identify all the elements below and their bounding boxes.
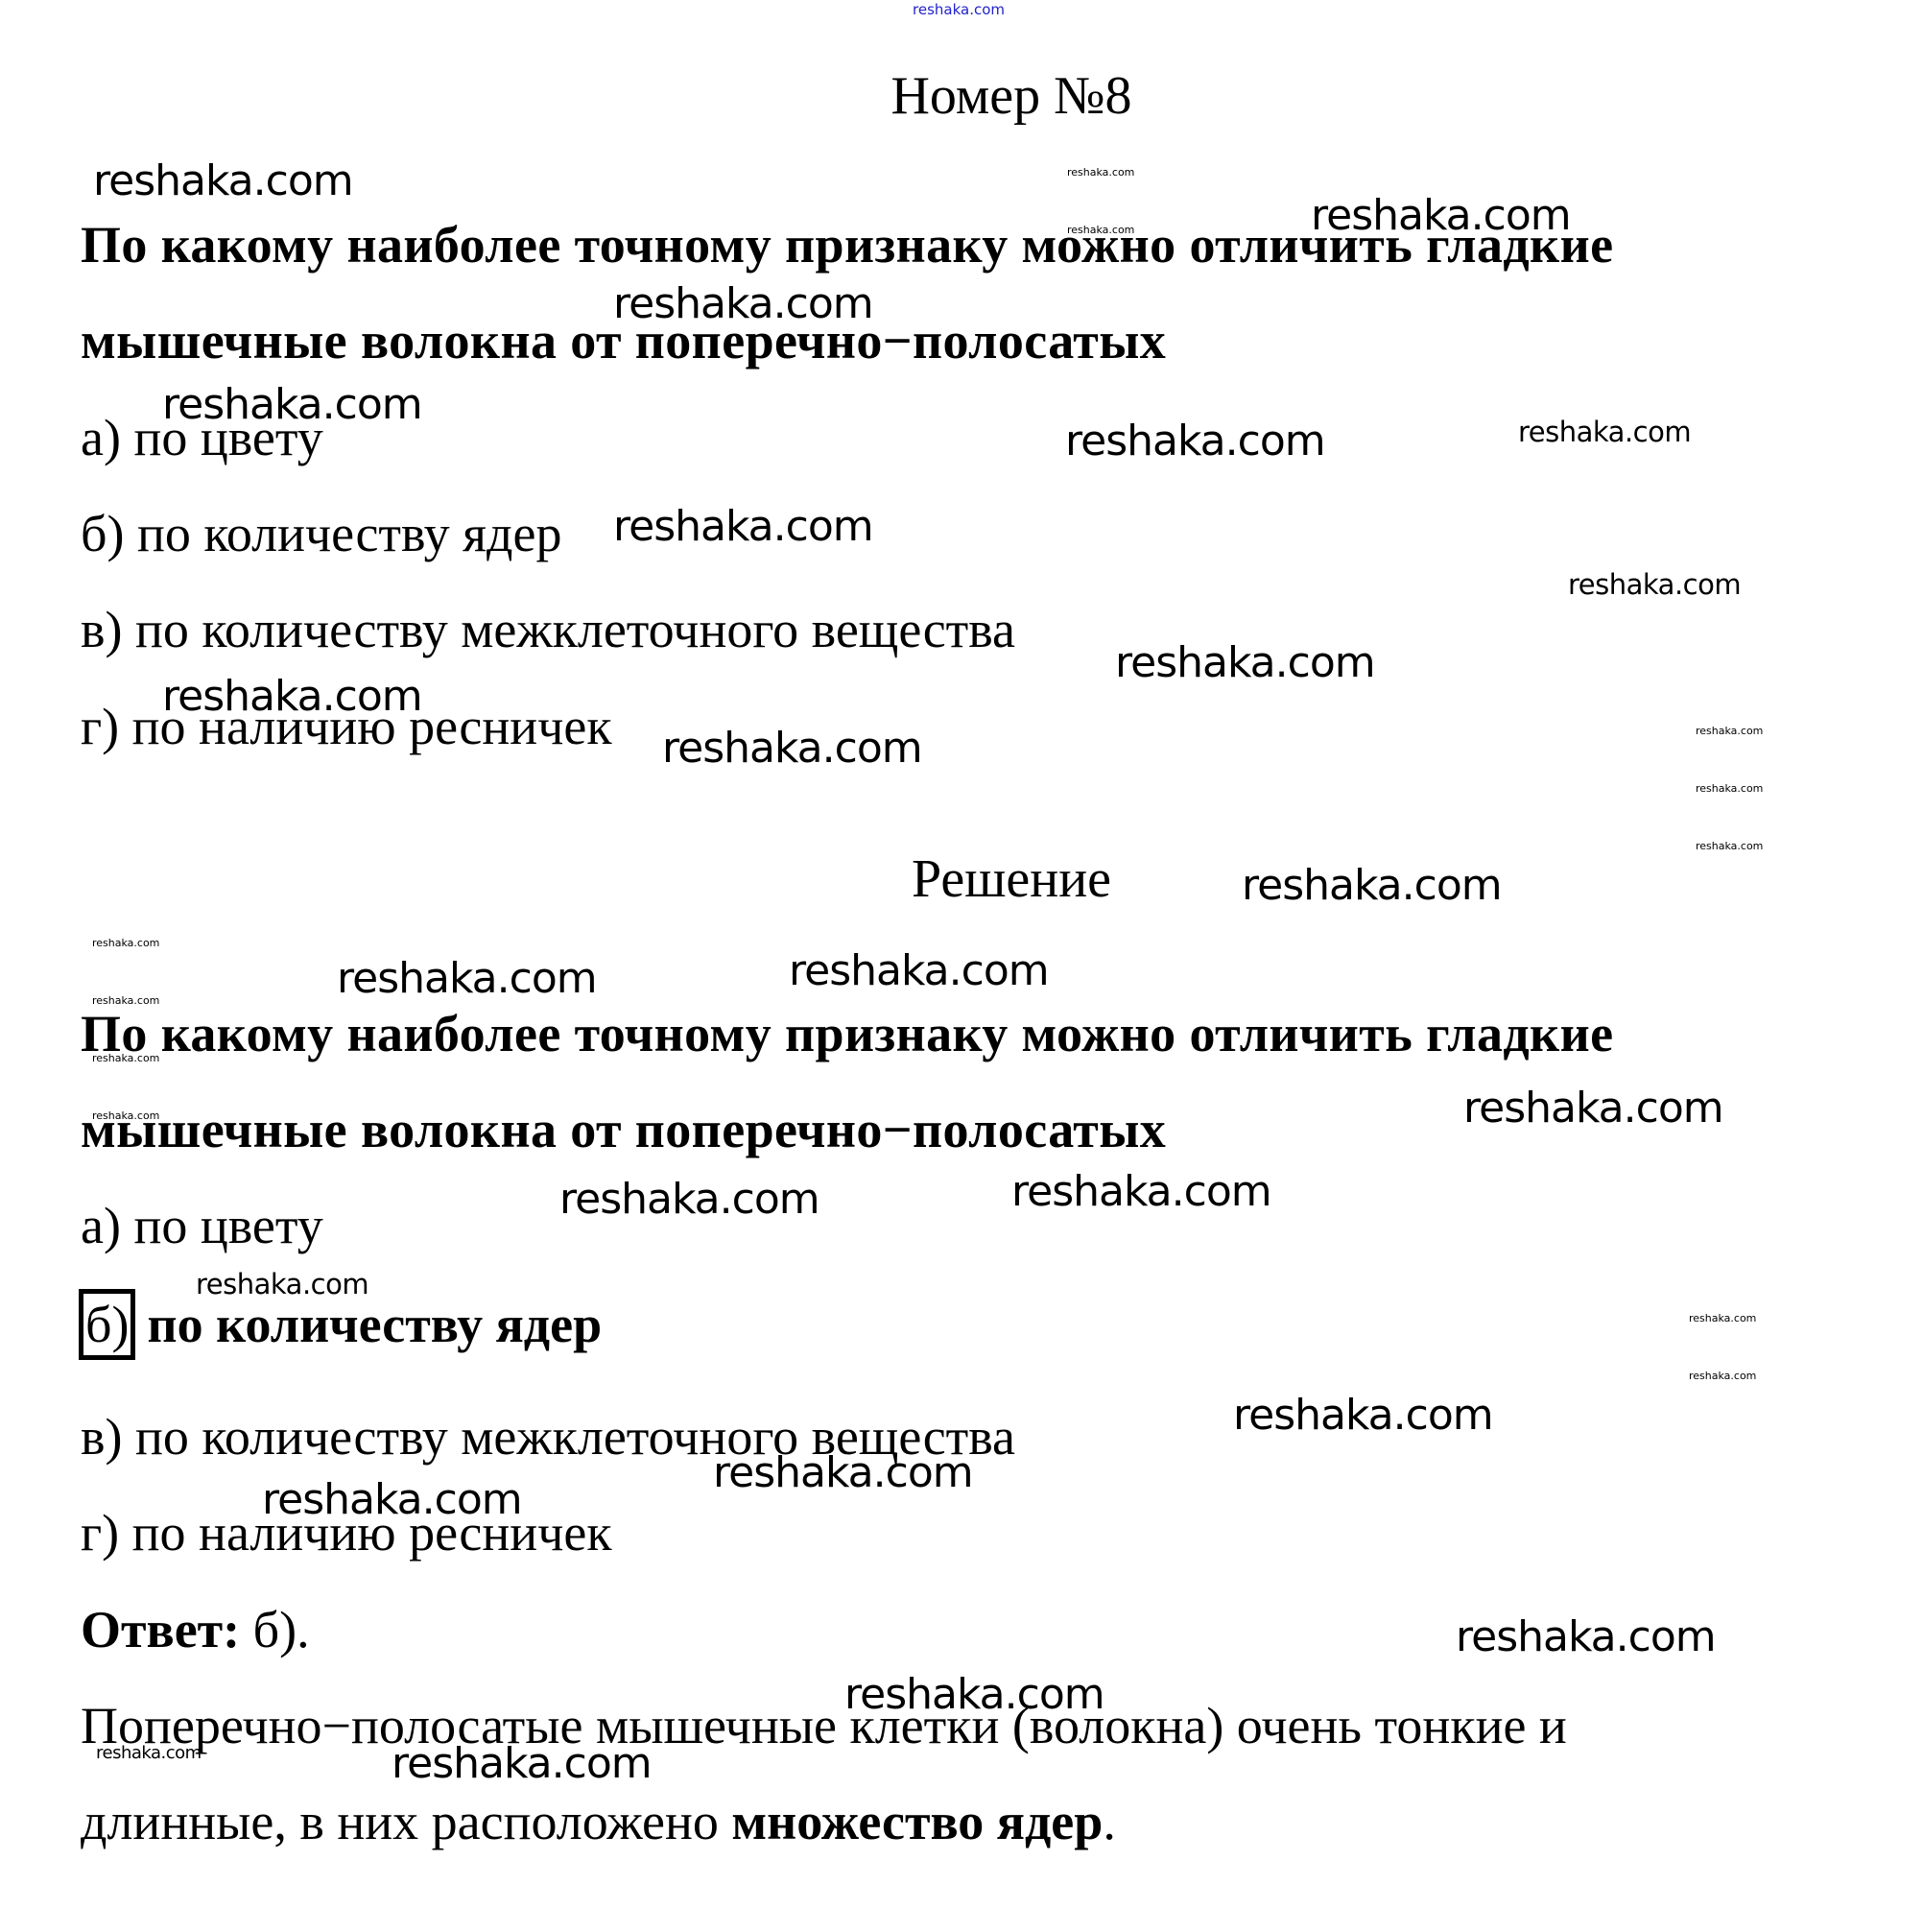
watermark: reshaka.com xyxy=(1689,1370,1756,1382)
watermark: reshaka.com xyxy=(662,724,922,773)
watermark: reshaka.com xyxy=(1696,725,1763,737)
watermark: reshaka.com xyxy=(262,1475,522,1524)
solution-question-line1: По какому наиболее точному признаку можн… xyxy=(81,1004,1613,1063)
option-letter: а) xyxy=(81,1197,121,1254)
answer-value: б). xyxy=(240,1601,309,1658)
top-watermark: reshaka.com xyxy=(913,1,1005,18)
question-option-c: в) по количеству межклеточного вещества xyxy=(81,600,1015,659)
option-text: по количеству ядер xyxy=(137,505,562,562)
watermark: reshaka.com xyxy=(1065,417,1325,465)
page-title: Номер №8 xyxy=(0,65,1923,127)
watermark: reshaka.com xyxy=(1696,840,1763,852)
option-text: по цвету xyxy=(133,1197,322,1254)
option-text: по количеству межклеточного вещества xyxy=(135,601,1015,658)
explanation-line2: длинные, в них расположено множество яде… xyxy=(81,1792,1116,1851)
watermark: reshaka.com xyxy=(92,1052,159,1064)
answer-line: Ответ: б). xyxy=(81,1600,310,1659)
watermark: reshaka.com xyxy=(92,1109,159,1122)
watermark: reshaka.com xyxy=(1115,638,1375,687)
watermark: reshaka.com xyxy=(1311,191,1571,240)
watermark: reshaka.com xyxy=(162,380,422,429)
watermark: reshaka.com xyxy=(92,994,159,1007)
explanation-period: . xyxy=(1103,1793,1116,1850)
solution-question-line2: мышечные волокна от поперечно−полосатых xyxy=(81,1100,1166,1159)
watermark: reshaka.com xyxy=(1233,1391,1493,1440)
watermark: reshaka.com xyxy=(1067,166,1134,179)
watermark: reshaka.com xyxy=(392,1739,652,1788)
watermark: reshaka.com xyxy=(559,1175,819,1224)
watermark: reshaka.com xyxy=(96,1743,202,1763)
watermark: reshaka.com xyxy=(1696,782,1763,795)
watermark: reshaka.com xyxy=(92,937,159,949)
option-letter: а) xyxy=(81,409,121,466)
watermark: reshaka.com xyxy=(613,502,873,551)
answer-label: Ответ: xyxy=(81,1601,240,1658)
option-letter: г) xyxy=(81,698,119,755)
question-option-b: б) по количеству ядер xyxy=(81,504,561,563)
option-letter: в) xyxy=(81,1408,122,1466)
solution-heading: Решение xyxy=(0,848,1923,910)
watermark: reshaka.com xyxy=(93,156,353,205)
watermark: reshaka.com xyxy=(613,279,873,328)
solution-option-a: а) по цвету xyxy=(81,1196,323,1255)
watermark: reshaka.com xyxy=(337,954,597,1003)
watermark: reshaka.com xyxy=(1011,1167,1271,1216)
option-letter: б) xyxy=(81,505,124,562)
selected-answer-box: б) xyxy=(79,1289,135,1360)
watermark: reshaka.com xyxy=(1456,1612,1716,1661)
watermark: reshaka.com xyxy=(1689,1312,1756,1324)
watermark: reshaka.com xyxy=(713,1448,973,1497)
option-text: по количеству ядер xyxy=(147,1296,602,1353)
explanation-text: длинные, в них расположено xyxy=(81,1793,731,1850)
watermark: reshaka.com xyxy=(844,1670,1104,1719)
explanation-emphasis: множество ядер xyxy=(731,1793,1103,1850)
option-letter: г) xyxy=(81,1504,119,1562)
watermark: reshaka.com xyxy=(789,946,1049,995)
watermark: reshaka.com xyxy=(162,672,422,721)
watermark: reshaka.com xyxy=(196,1268,368,1300)
watermark: reshaka.com xyxy=(1568,568,1741,601)
watermark: reshaka.com xyxy=(1463,1084,1723,1133)
watermark: reshaka.com xyxy=(1067,224,1134,236)
explanation-line1: Поперечно−полосатые мышечные клетки (вол… xyxy=(81,1696,1567,1755)
watermark: reshaka.com xyxy=(1242,861,1502,910)
watermark: reshaka.com xyxy=(1518,416,1691,448)
option-letter: в) xyxy=(81,601,122,658)
